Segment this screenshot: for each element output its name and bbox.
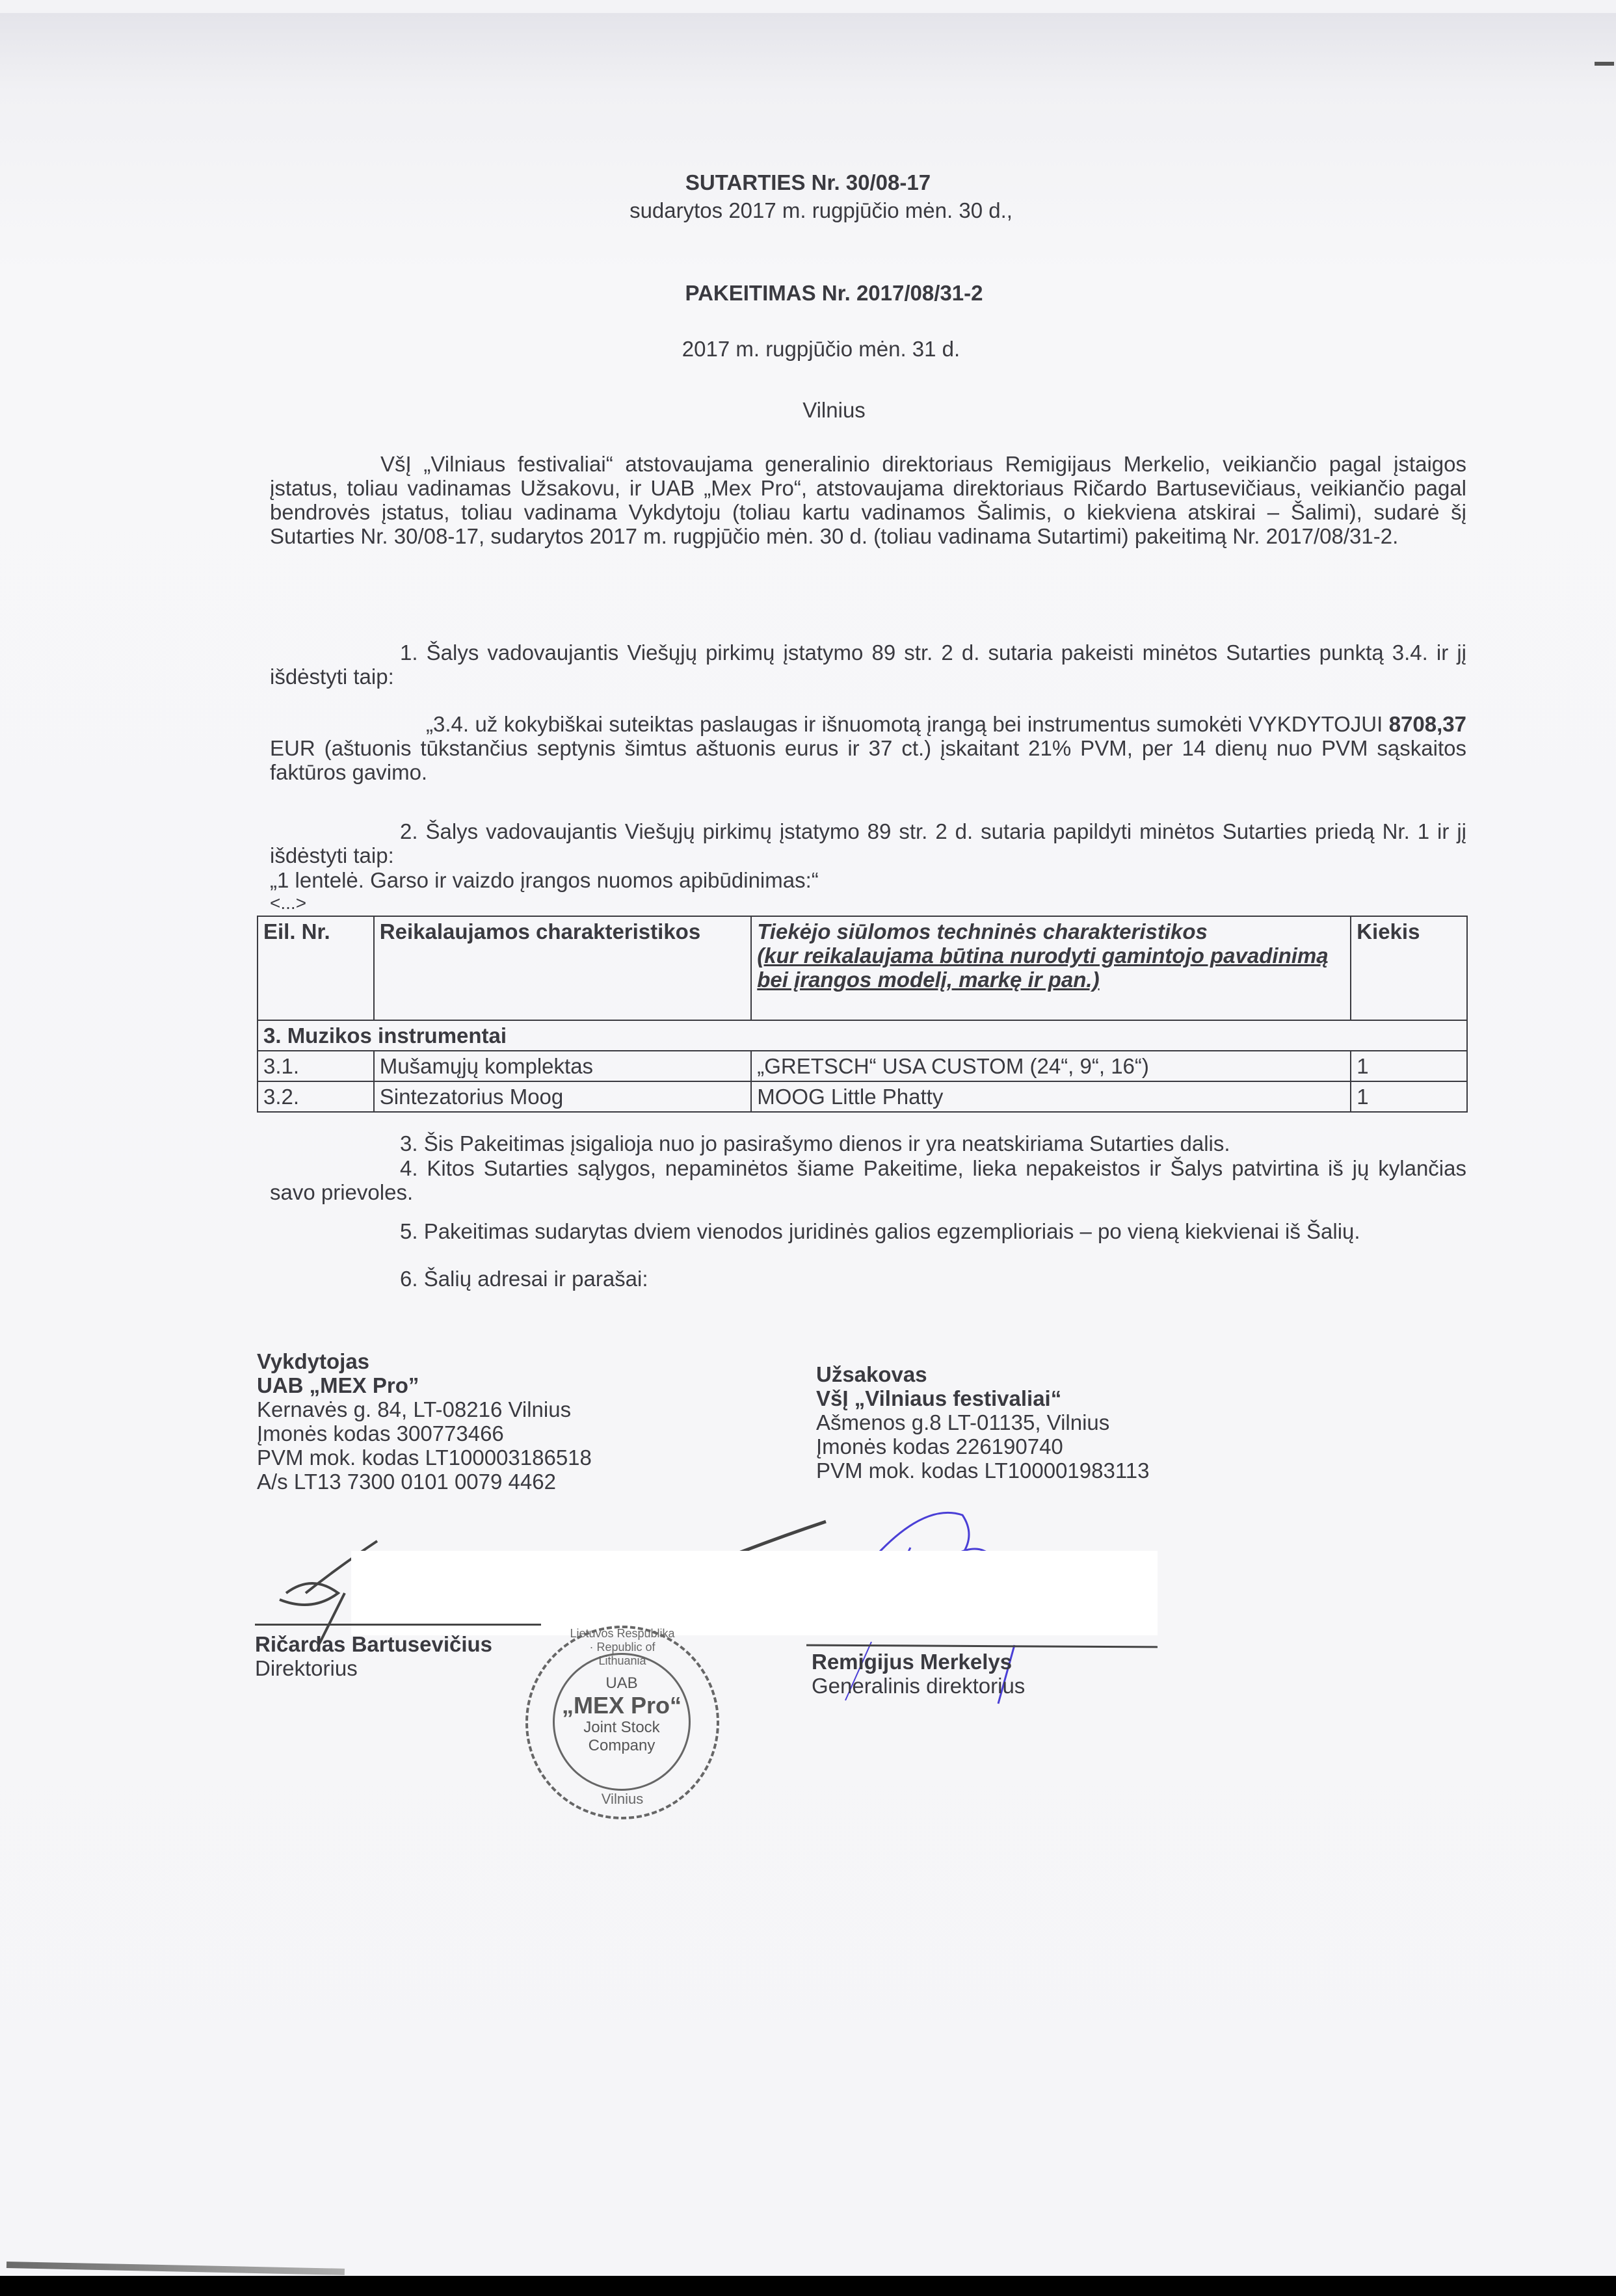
- executor-name: UAB „MEX Pro”: [257, 1373, 592, 1397]
- table-row: 3.2. Sintezatorius Moog MOOG Little Phat…: [258, 1081, 1467, 1112]
- header-offered-title: Tiekėjo siūlomos techninės charakteristi…: [757, 919, 1345, 943]
- clause-5: 5. Pakeitimas sudarytas dviem vienodos j…: [270, 1219, 1466, 1243]
- client-position: Generalinis direktorius: [812, 1674, 1025, 1698]
- amendment-title: PAKEITIMAS Nr. 2017/08/31-2: [26, 281, 1616, 306]
- intro-paragraph: VšĮ „Vilniaus festivaliai“ atstovaujama …: [270, 452, 1466, 548]
- executor-block: Vykdytojas UAB „MEX Pro” Kernavės g. 84,…: [257, 1349, 592, 1494]
- header-offered: Tiekėjo siūlomos techninės charakteristi…: [751, 916, 1351, 1020]
- client-company-code: Įmonės kodas 226190740: [816, 1434, 1149, 1458]
- row-offered: „GRETSCH“ USA CUSTOM (24“, 9“, 16“): [751, 1051, 1351, 1081]
- clause-3: 3. Šis Pakeitimas įsigalioja nuo jo pasi…: [270, 1131, 1466, 1155]
- amendment-date: 2017 m. rugpjūčio mėn. 31 d.: [13, 337, 1616, 362]
- client-vat-code: PVM mok. kodas LT100001983113: [816, 1458, 1149, 1483]
- scan-edge-mark: [1595, 62, 1614, 66]
- executor-position: Direktorius: [255, 1656, 492, 1680]
- clause-3-4-quote: „3.4. už kokybiškai suteiktas paslaugas …: [270, 712, 1466, 784]
- row-no: 3.2.: [258, 1081, 374, 1112]
- place: Vilnius: [26, 398, 1616, 423]
- clause-1: 1. Šalys vadovaujantis Viešųjų pirkimų į…: [270, 640, 1466, 689]
- stamp-center: UAB „MEX Pro“ Joint Stock Company: [553, 1653, 691, 1791]
- row-qty: 1: [1351, 1081, 1467, 1112]
- row-no: 3.1.: [258, 1051, 374, 1081]
- table-caption: „1 lentelė. Garso ir vaizdo įrangos nuom…: [270, 868, 1466, 892]
- stamp-line-3: Joint Stock: [555, 1719, 689, 1737]
- header-qty: Kiekis: [1351, 916, 1467, 1020]
- executor-signatory: Ričardas Bartusevičius Direktorius: [255, 1632, 492, 1680]
- row-qty: 1: [1351, 1051, 1467, 1081]
- table-header-row: Eil. Nr. Reikalaujamos charakteristikos …: [258, 916, 1467, 1020]
- contract-date: sudarytos 2017 m. rugpjūčio mėn. 30 d.,: [13, 198, 1616, 223]
- client-address: Ašmenos g.8 LT-01135, Vilnius: [816, 1410, 1149, 1434]
- executor-address: Kernavės g. 84, LT-08216 Vilnius: [257, 1397, 592, 1421]
- section-title: 3. Muzikos instrumentai: [258, 1020, 1467, 1051]
- header-no: Eil. Nr.: [258, 916, 374, 1020]
- redacted-region: [351, 1551, 1158, 1635]
- table-section-row: 3. Muzikos instrumentai: [258, 1020, 1467, 1051]
- executor-signatory-name: Ričardas Bartusevičius: [255, 1632, 492, 1656]
- header-offered-note: (kur reikalaujama būtina nurodyti gamint…: [757, 943, 1345, 992]
- clause-3-4-end: EUR (aštuonis tūkstančius septynis šimtu…: [270, 736, 1466, 784]
- ellipsis: <...>: [270, 891, 1466, 915]
- header-required: Reikalaujamos charakteristikos: [374, 916, 751, 1020]
- stamp-ring-bottom: Vilnius: [593, 1791, 652, 1808]
- clause-6: 6. Šalių adresai ir parašai:: [270, 1267, 1466, 1291]
- row-required: Sintezatorius Moog: [374, 1081, 751, 1112]
- executor-role: Vykdytojas: [257, 1349, 592, 1373]
- row-required: Mušamųjų komplektas: [374, 1051, 751, 1081]
- client-signatory-name: Remigijus Merkelys: [812, 1650, 1025, 1674]
- client-role: Užsakovas: [816, 1362, 1149, 1386]
- client-name: VšĮ „Vilniaus festivaliai“: [816, 1386, 1149, 1410]
- table-row: 3.1. Mušamųjų komplektas „GRETSCH“ USA C…: [258, 1051, 1467, 1081]
- stamp-ring-top: Lietuvos Respublika · Republic of Lithua…: [567, 1627, 678, 1668]
- equipment-table: Eil. Nr. Reikalaujamos charakteristikos …: [257, 916, 1468, 1113]
- stamp-line-2: „MEX Pro“: [555, 1693, 689, 1719]
- clause-2: 2. Šalys vadovaujantis Viešųjų pirkimų į…: [270, 819, 1466, 867]
- executor-company-code: Įmonės kodas 300773466: [257, 1421, 592, 1445]
- row-offered: MOOG Little Phatty: [751, 1081, 1351, 1112]
- contract-title: SUTARTIES Nr. 30/08-17: [0, 170, 1616, 195]
- company-stamp: UAB „MEX Pro“ Joint Stock Company Lietuv…: [525, 1626, 719, 1819]
- clause-3-4-start: „3.4. už kokybiškai suteiktas paslaugas …: [426, 712, 1389, 736]
- executor-vat-code: PVM mok. kodas LT100003186518: [257, 1445, 592, 1470]
- client-signatory: Remigijus Merkelys Generalinis direktori…: [812, 1650, 1025, 1698]
- contract-amount: 8708,37: [1389, 712, 1466, 736]
- clause-4: 4. Kitos Sutarties sąlygos, nepaminėtos …: [270, 1156, 1466, 1204]
- stamp-line-4: Company: [555, 1737, 689, 1755]
- client-block: Užsakovas VšĮ „Vilniaus festivaliai“ Ašm…: [816, 1362, 1149, 1483]
- scan-bottom-border: [0, 2276, 1616, 2296]
- executor-bank-account: A/s LT13 7300 0101 0079 4462: [257, 1470, 592, 1494]
- stamp-line-1: UAB: [555, 1674, 689, 1693]
- executor-signature-line: [255, 1624, 541, 1626]
